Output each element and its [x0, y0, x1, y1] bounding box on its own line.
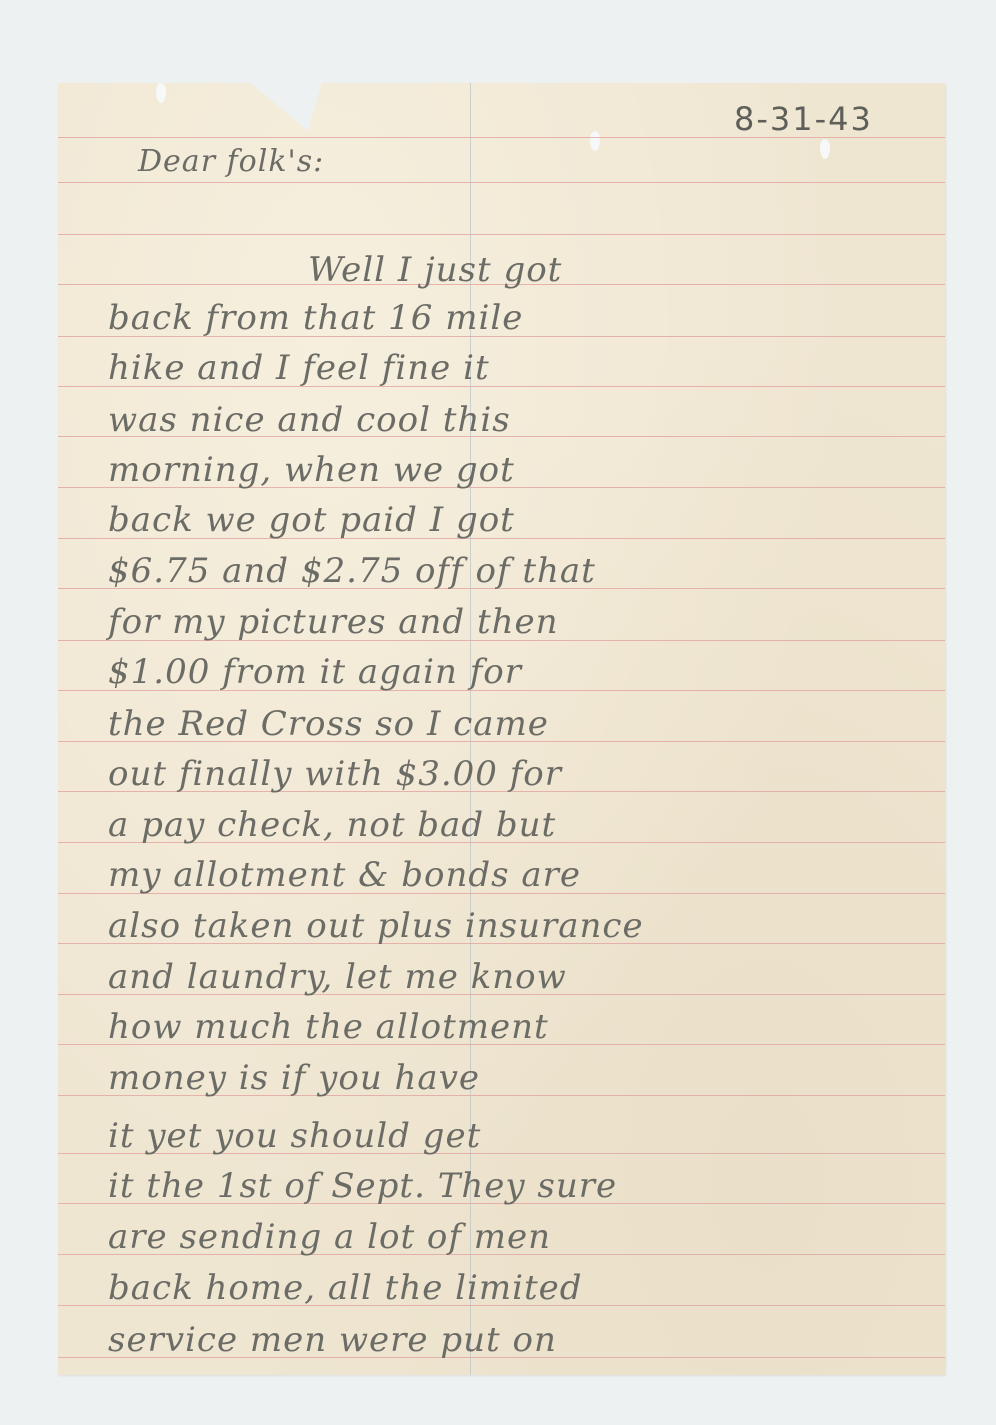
letter-line: are sending a lot of men: [108, 1220, 551, 1254]
punch-hole-3: [820, 139, 830, 159]
letter-line: back we got paid I got: [108, 503, 515, 537]
letter-line: my allotment & bonds are: [108, 858, 581, 892]
letter-salutation: Dear folk's:: [138, 147, 324, 177]
letter-line: service men were put on: [108, 1323, 557, 1357]
letter-paper: 8-31-43 Dear folk's: Well I just got bac…: [58, 83, 945, 1375]
letter-line: a pay check, not bad but: [108, 808, 556, 842]
letter-date: 8-31-43: [734, 103, 873, 135]
letter-line: back home, all the limited: [108, 1271, 583, 1305]
rule-line: [58, 234, 945, 235]
letter-line: it the 1st of Sept. They sure: [108, 1169, 617, 1203]
letter-line: out finally with $3.00 for: [108, 757, 562, 791]
letter-line: and laundry, let me know: [108, 960, 567, 994]
letter-line: Well I just got: [308, 253, 562, 287]
rule-line: [58, 182, 945, 183]
torn-notch: [248, 83, 322, 131]
letter-line: $1.00 from it again for: [108, 655, 522, 689]
punch-hole-1: [156, 83, 166, 103]
letter-line: back from that 16 mile: [108, 301, 523, 335]
letter-line: money is if you have: [108, 1061, 480, 1095]
punch-hole-2: [590, 131, 600, 151]
letter-line: was nice and cool this: [108, 403, 511, 437]
letter-line: $6.75 and $2.75 off of that: [108, 554, 596, 588]
letter-line: hike and I feel fine it: [108, 351, 490, 385]
letter-line: it yet you should get: [108, 1119, 481, 1153]
letter-line: how much the allotment: [108, 1010, 549, 1044]
letter-line: morning, when we got: [108, 453, 515, 487]
letter-line: the Red Cross so I came: [108, 707, 549, 741]
letter-line: also taken out plus insurance: [108, 909, 644, 943]
letter-line: for my pictures and then: [108, 605, 559, 639]
